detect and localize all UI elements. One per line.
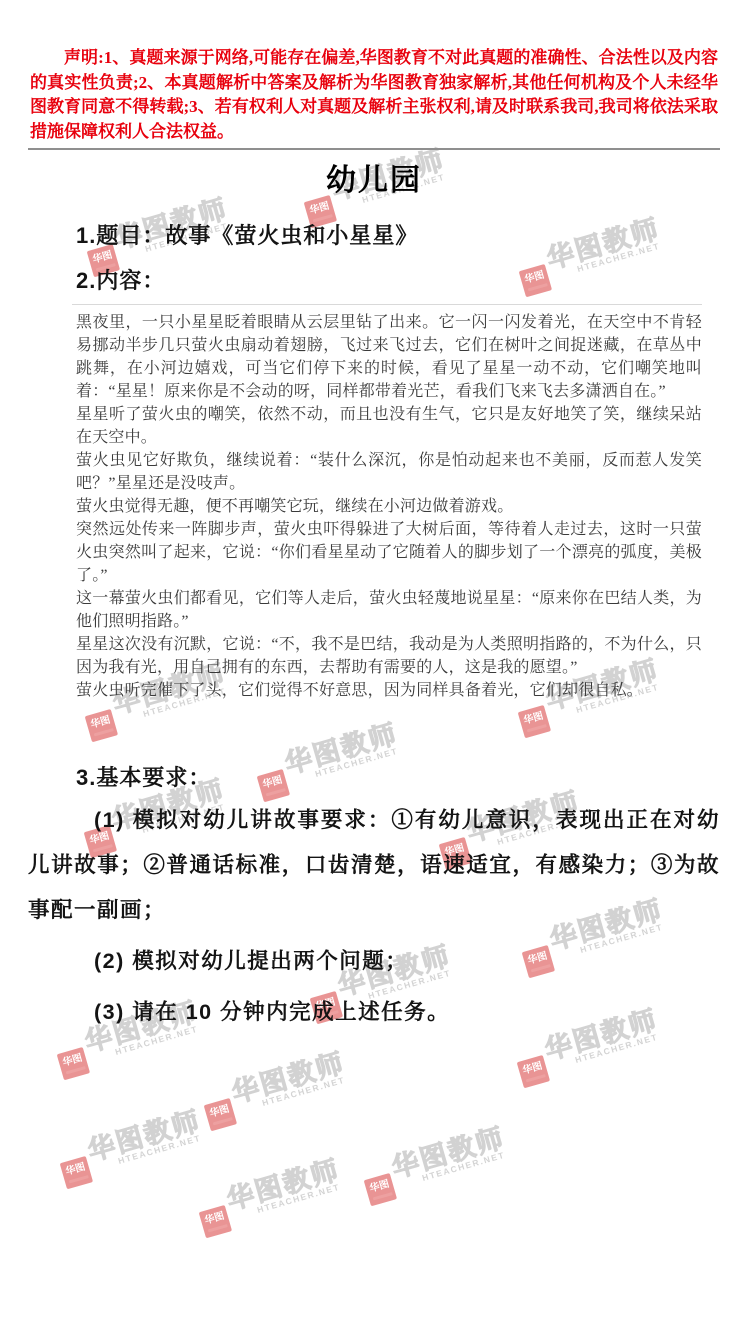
huatu-watermark: 华图 华图教师 HTEACHER.NET — [202, 1188, 392, 1258]
story-paragraph: 萤火虫觉得无趣，便不再嘲笑它玩，继续在小河边做着游戏。 — [76, 495, 702, 518]
watermark-domain-text: HTEACHER.NET — [261, 1074, 350, 1108]
huatu-watermark: 华图 华图教师 HTEACHER.NET — [207, 1081, 397, 1151]
huatu-watermark: 华图 华图教师 HTEACHER.NET — [367, 1156, 557, 1226]
watermark-domain-text: HTEACHER.NET — [574, 1031, 663, 1065]
watermark-brand-text: 华图教师 — [224, 1155, 344, 1216]
story-paragraph: 突然远处传来一阵脚步声，萤火虫吓得躲进了大树后面，等待着人走过去，这时一只萤火虫… — [76, 518, 702, 587]
topic-heading: 1.题目：故事《萤火虫和小星星》 — [76, 222, 720, 250]
logo-caption-mark — [68, 1175, 88, 1183]
story-paragraph: 星星这次没有沉默，它说：“不，我不是巴结，我动是为人类照明指路的，不为什么，只因… — [76, 633, 702, 679]
huatu-logo-icon: 华图 — [204, 1098, 237, 1131]
story-paragraph: 黑夜里，一只小星星眨着眼睛从云层里钻了出来。它一闪一闪发着光，在天空中不肯轻易挪… — [76, 311, 702, 403]
logo-caption-mark — [65, 1066, 85, 1074]
story-text: 黑夜里，一只小星星眨着眼睛从云层里钻了出来。它一闪一闪发着光，在天空中不肯轻易挪… — [72, 304, 702, 702]
watermark-domain-text: HTEACHER.NET — [256, 1181, 345, 1215]
requirement-item-1: (1) 模拟对幼儿讲故事要求：①有幼儿意识，表现出正在对幼儿讲故事；②普通话标准… — [28, 798, 720, 933]
huatu-logo-icon: 华图 — [57, 1047, 90, 1080]
requirement-item-3: (3) 请在 10 分钟内完成上述任务。 — [28, 990, 720, 1035]
page-title: 幼儿园 — [0, 162, 748, 200]
huatu-logo-icon: 华图 — [364, 1173, 397, 1206]
huatu-logo-icon: 华图 — [60, 1156, 93, 1189]
logo-caption-mark — [372, 1192, 392, 1200]
logo-caption-mark — [525, 1074, 545, 1082]
huatu-watermark: 华图 华图教师 HTEACHER.NET — [63, 1139, 253, 1209]
story-paragraph: 这一幕萤火虫们都看见，它们等人走后，萤火虫轻蔑地说星星：“原来你在巴结人类，为他… — [76, 587, 702, 633]
story-paragraph: 星星听了萤火虫的嘲笑，依然不动，而且也没有生气，它只是友好地笑了笑，继续呆站在天… — [76, 403, 702, 449]
disclaimer-text: 声明:1、真题来源于网络,可能存在偏差,华图教育不对此真题的准确性、合法性以及内… — [30, 46, 718, 144]
logo-caption-mark — [207, 1224, 227, 1232]
document-page: 声明:1、真题来源于网络,可能存在偏差,华图教育不对此真题的准确性、合法性以及内… — [0, 46, 748, 1035]
logo-caption-mark — [212, 1117, 232, 1125]
huatu-logo-icon: 华图 — [199, 1205, 232, 1238]
story-paragraph: 萤火虫听完催下了头，它们觉得不好意思，因为同样具备着光，它们却很自私。 — [76, 679, 702, 702]
story-paragraph: 萤火虫见它好欺负，继续说着：“装什么深沉，你是怕动起来也不美丽，反而惹人发笑吧？… — [76, 449, 702, 495]
huatu-watermark: 华图 华图教师 HTEACHER.NET — [520, 1038, 710, 1108]
watermark-brand-text: 华图教师 — [85, 1106, 205, 1167]
watermark-domain-text: HTEACHER.NET — [117, 1132, 206, 1166]
content-heading: 2.内容： — [76, 267, 720, 295]
watermark-brand-text: 华图教师 — [229, 1048, 349, 1109]
watermark-domain-text: HTEACHER.NET — [421, 1149, 510, 1183]
requirements-heading: 3.基本要求： — [76, 764, 720, 792]
divider-line — [28, 148, 720, 150]
watermark-brand-text: 华图教师 — [389, 1123, 509, 1184]
huatu-watermark: 华图 华图教师 HTEACHER.NET — [60, 1030, 250, 1100]
requirement-item-2: (2) 模拟对幼儿提出两个问题； — [28, 939, 720, 984]
huatu-logo-icon: 华图 — [517, 1055, 550, 1088]
